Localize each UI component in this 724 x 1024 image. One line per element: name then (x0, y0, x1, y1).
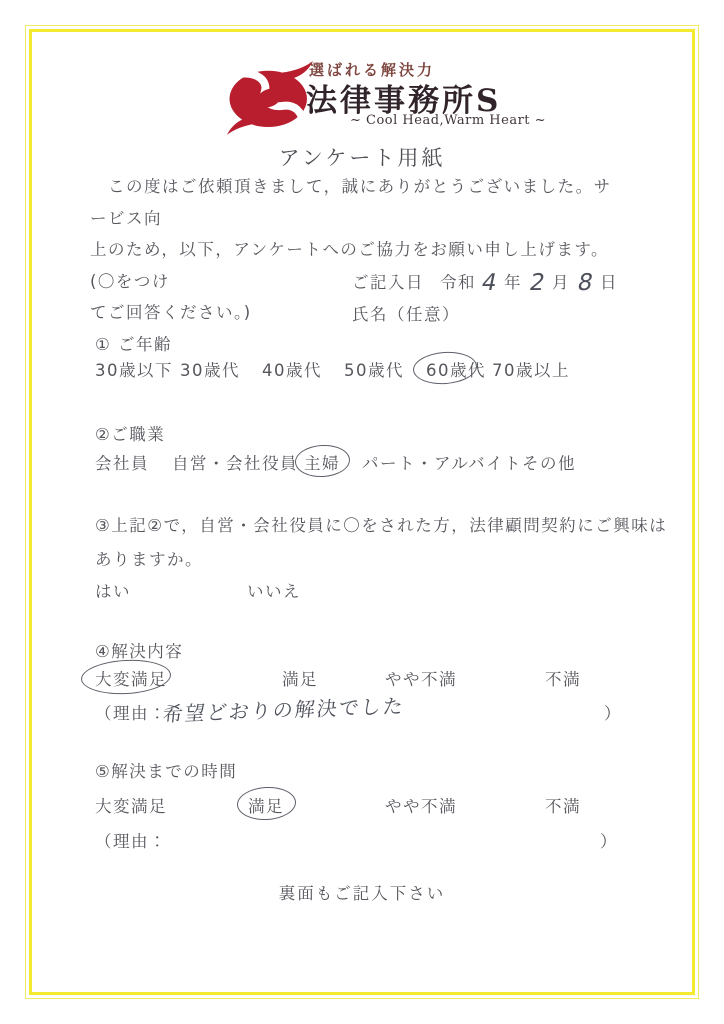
q4-option-dissatisfied: 不満 (545, 666, 581, 690)
q1-option-over70: 70歳以上 (492, 357, 570, 381)
q5-option-very-satisfied: 大変満足 (95, 793, 167, 817)
handwritten-day: 8 (569, 270, 603, 296)
q2-option-self-employed: 自営・会社役員 (172, 450, 298, 474)
q1-label: ① ご年齢 (95, 331, 172, 355)
q2-option-homemaker: 主婦 (304, 450, 340, 474)
q1-option-60s: 60歳代 (426, 357, 486, 381)
date-label: ご記入日 (352, 273, 424, 292)
q1-option-under30: 30歳以下 (95, 357, 173, 381)
name-field-label: 氏名（任意） (352, 301, 460, 325)
q4-option-somewhat-dissatisfied: やや不満 (385, 666, 457, 690)
q1-option-50s: 50歳代 (344, 357, 404, 381)
q2-options-row: 会社員 自営・会社役員 主婦 パート・アルバイト その他 (0, 450, 724, 480)
date-line: ご記入日令和4年2月8日 (352, 269, 620, 296)
q3-options-row: はい いいえ (0, 578, 724, 608)
q5-reason-open: （理由： (95, 828, 167, 852)
q4-reason-close: ） (604, 700, 622, 724)
q3-option-no: いいえ (247, 578, 301, 602)
q5-label: ⑤解決までの時間 (95, 758, 237, 782)
q1-option-40s: 40歳代 (262, 357, 322, 381)
q5-option-somewhat-dissatisfied: やや不満 (385, 793, 457, 817)
survey-page: 選ばれる解決力 法律事務所S ~ Cool Head,Warm Heart ~ … (0, 0, 724, 1024)
back-side-note: 裏面もご記入下さい (0, 880, 724, 904)
intro-line-1: この度はご依頼頂きまして，誠にありがとうございました。サービス向 (90, 171, 620, 234)
q4-reason-open: （理由： (95, 700, 167, 724)
q3-label-line2: ありますか。 (95, 546, 203, 570)
year-unit: 年 (504, 273, 522, 292)
logo-motto: ~ Cool Head,Warm Heart ~ (350, 113, 546, 128)
q4-option-very-satisfied: 大変満足 (95, 666, 167, 690)
era-label: 令和 (440, 273, 476, 292)
q4-label: ④解決内容 (95, 638, 183, 662)
q1-options-row: 30歳以下 30歳代 40歳代 50歳代 60歳代 70歳以上 (0, 357, 724, 387)
q2-option-employee: 会社員 (95, 450, 149, 474)
q2-option-other: その他 (522, 450, 576, 474)
q2-label: ②ご職業 (95, 421, 165, 445)
q5-option-dissatisfied: 不満 (545, 793, 581, 817)
handwritten-month: 2 (521, 270, 555, 296)
q3-option-yes: はい (95, 578, 131, 602)
q5-reason-close: ） (600, 828, 618, 852)
q5-options-row: 大変満足 満足 やや不満 不満 (0, 793, 724, 823)
month-unit: 月 (552, 273, 570, 292)
q2-option-parttime: パート・アルバイト (362, 450, 522, 474)
q1-option-30s: 30歳代 (180, 357, 240, 381)
q5-option-satisfied: 満足 (248, 793, 284, 817)
handwritten-year: 4 (473, 270, 507, 296)
day-unit: 日 (600, 273, 618, 292)
q3-label-line1: ③上記②で，自営・会社役員に〇をされた方，法律顧問契約にご興味は (95, 512, 667, 536)
red-swirl-s-icon (226, 60, 314, 136)
q4-option-satisfied: 満足 (282, 666, 318, 690)
form-title: アンケート用紙 (0, 142, 724, 172)
